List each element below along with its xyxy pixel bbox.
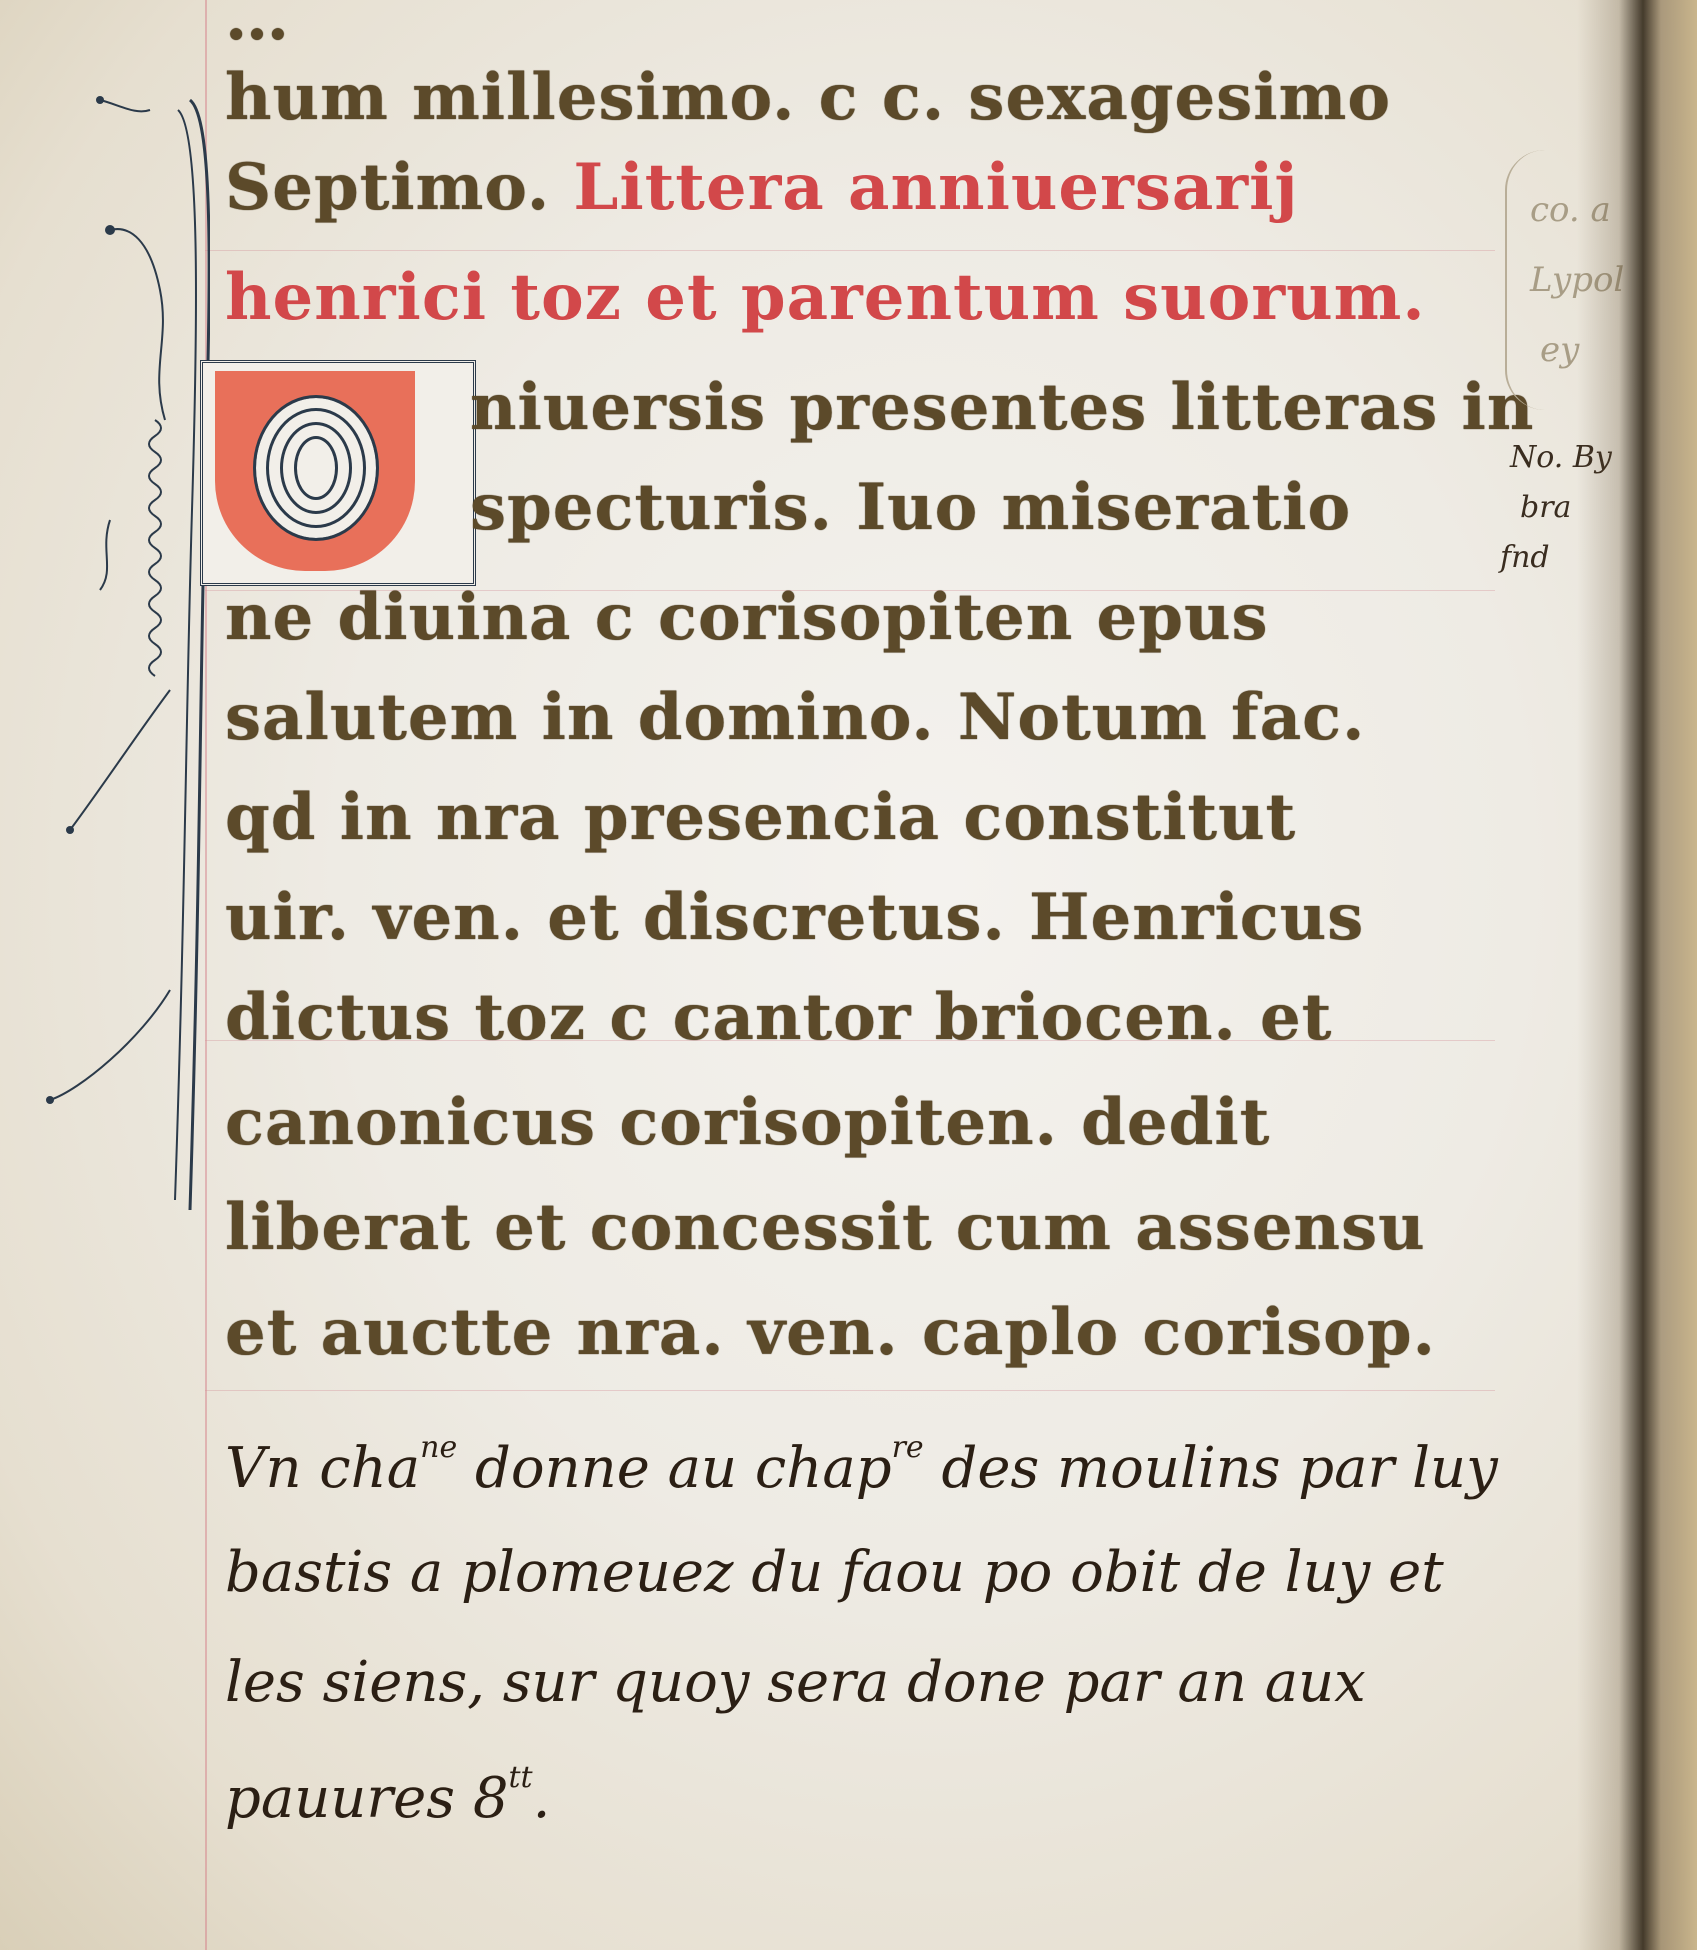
marginal-note: fnd bbox=[1500, 540, 1550, 575]
manuscript-page: … hum millesimo. c c. sexagesimo Septimo… bbox=[0, 0, 1697, 1950]
note-superscript: ne bbox=[420, 1430, 457, 1465]
text-line: specturis. Iuo miseratio bbox=[470, 470, 1351, 545]
marginal-note: bra bbox=[1520, 490, 1571, 525]
initial-letter: U bbox=[203, 363, 473, 364]
text-line: et auctte nra. ven. caplo corisop. bbox=[225, 1295, 1436, 1370]
marginal-note: ey bbox=[1540, 330, 1579, 370]
decorated-initial-icon: U bbox=[200, 360, 476, 586]
initial-spiral bbox=[253, 395, 379, 541]
rubric-heading: henrici toz et parentum suorum. bbox=[225, 260, 1426, 335]
note-superscript: tt bbox=[508, 1760, 532, 1795]
text-septimo: Septimo. bbox=[225, 150, 550, 225]
text-line: liberat et concessit cum assensu bbox=[225, 1190, 1426, 1265]
text-line: dictus toz c cantor briocen. et bbox=[225, 980, 1332, 1055]
text-line: uir. ven. et discretus. Henricus bbox=[225, 880, 1364, 955]
text-line: ne diuina c corisopiten epus bbox=[225, 580, 1269, 655]
note-superscript: re bbox=[892, 1430, 924, 1465]
note-text: . bbox=[533, 1766, 551, 1831]
text-line: … bbox=[225, 0, 290, 55]
text-line: qd in nra presencia constitut bbox=[225, 780, 1296, 855]
note-text: donne au chap bbox=[457, 1436, 891, 1501]
french-note-line: Vn chane donne au chapre des moulins par… bbox=[225, 1430, 1498, 1501]
text-line: niuersis presentes litteras in bbox=[470, 370, 1534, 445]
initial-letter-shape bbox=[215, 371, 415, 571]
text-line: canonicus corisopiten. dedit bbox=[225, 1085, 1270, 1160]
text-line: salutem in domino. Notum fac. bbox=[225, 680, 1365, 755]
ruling-line bbox=[205, 250, 1495, 251]
text-line-mixed: Septimo. Littera anniuersarij bbox=[225, 150, 1299, 225]
text-line: hum millesimo. c c. sexagesimo bbox=[225, 60, 1391, 135]
pen-flourish-icon bbox=[40, 90, 210, 1240]
note-text: des moulins par luy bbox=[924, 1436, 1498, 1501]
note-text: pauures 8 bbox=[225, 1766, 508, 1831]
binding-gutter bbox=[1577, 0, 1697, 1950]
rubric-heading: Littera anniuersarij bbox=[573, 150, 1298, 225]
note-text: Vn cha bbox=[225, 1436, 420, 1501]
french-note-line: les siens, sur quoy sera done par an aux bbox=[225, 1650, 1366, 1715]
ruling-line bbox=[205, 1390, 1495, 1391]
french-note-line: bastis a plomeuez du faou po obit de luy… bbox=[225, 1540, 1444, 1605]
french-note-line: pauures 8tt. bbox=[225, 1760, 550, 1831]
